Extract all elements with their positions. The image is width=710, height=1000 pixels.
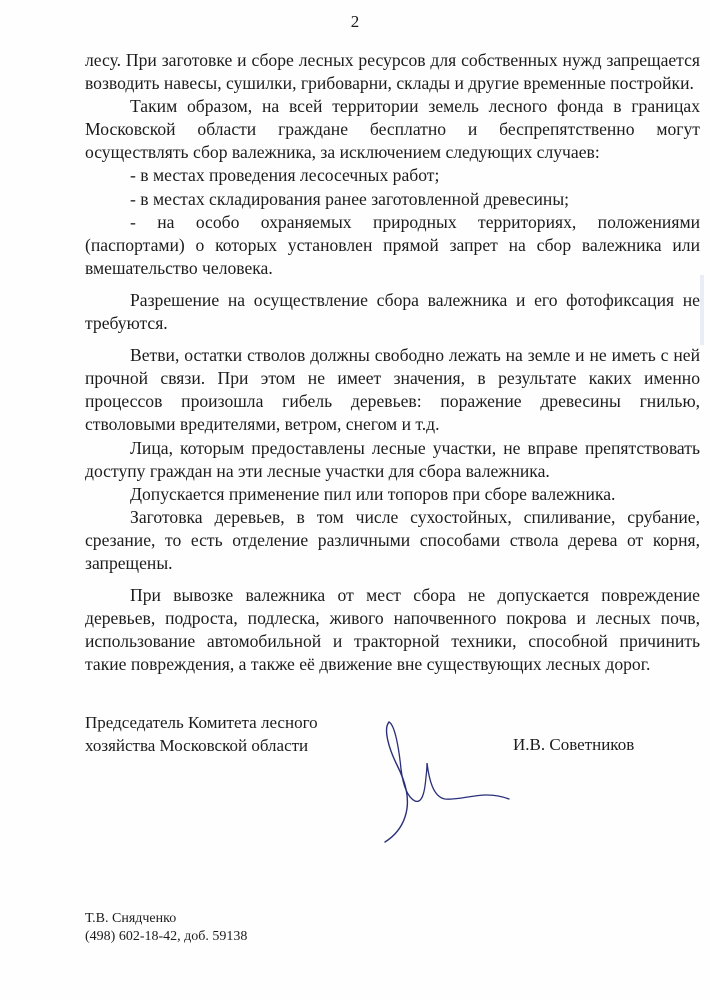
paragraph-removal: При вывозке валежника от мест сбора не д…: [85, 584, 700, 676]
paragraph-permission: Разрешение на осуществление сбора валежн…: [85, 289, 700, 335]
document-page: 2 лесу. При заготовке и сборе лесных рес…: [0, 0, 710, 1000]
contact-name: Т.В. Снядченко: [85, 910, 247, 928]
list-item-exception-2: - в местах складирования ранее заготовле…: [85, 188, 700, 211]
paragraph-prohibition: Заготовка деревьев, в том числе сухостой…: [85, 506, 700, 575]
signer-title-line-2: хозяйства Московской области: [85, 734, 318, 757]
paragraph-leaseholders: Лица, которым предоставлены лесные участ…: [85, 437, 700, 483]
paragraph-branches: Ветви, остатки стволов должны свободно л…: [85, 344, 700, 436]
paragraph-continuation: лесу. При заготовке и сборе лесных ресур…: [85, 49, 700, 95]
signer-title-line-1: Председатель Комитета лесного: [85, 711, 318, 734]
scan-bleed-through-mark: [700, 275, 704, 345]
page-number: 2: [0, 12, 710, 32]
document-body: лесу. При заготовке и сборе лесных ресур…: [85, 49, 700, 676]
paragraph-summary: Таким образом, на всей территории земель…: [85, 95, 700, 164]
list-item-exception-1: - в местах проведения лесосечных работ;: [85, 164, 700, 187]
handwritten-signature-icon: [383, 719, 513, 844]
contact-info: Т.В. Снядченко (498) 602-18-42, доб. 591…: [85, 910, 247, 946]
list-item-exception-3: - на особо охраняемых природных территор…: [85, 211, 700, 280]
signer-name: И.В. Советников: [513, 733, 634, 756]
signer-title: Председатель Комитета лесного хозяйства …: [85, 711, 318, 757]
contact-phone: (498) 602-18-42, доб. 59138: [85, 928, 247, 946]
paragraph-tools: Допускается применение пил или топоров п…: [85, 483, 700, 506]
